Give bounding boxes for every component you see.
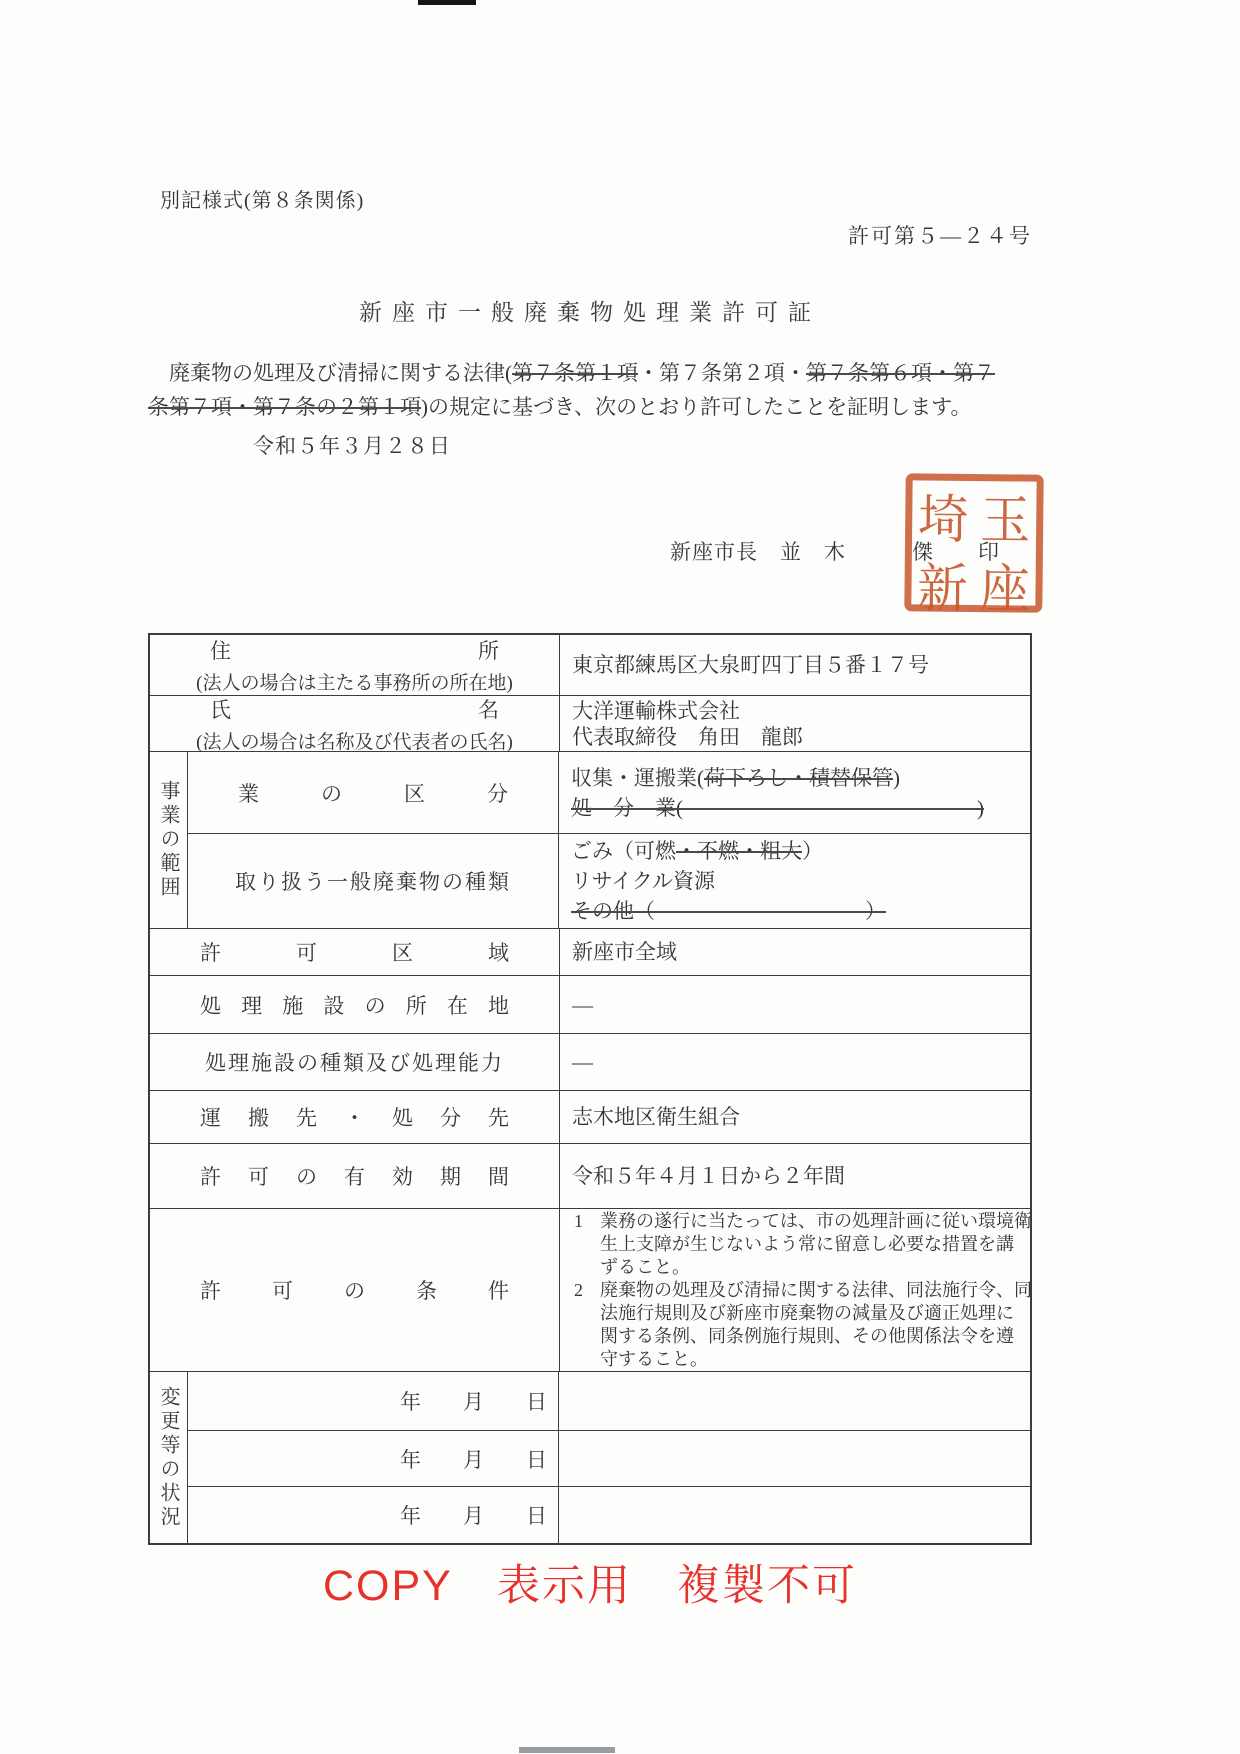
name-label-left: 氏 [210,694,231,724]
intro-paragraph: 廃棄物の処理及び清掃に関する法律(第７条第１項・第７条第２項・第７条第６項・第７… [148,356,1078,424]
address-value-cell: 東京都練馬区大泉町四丁目５番１７号 [560,635,1030,695]
change-date-label: 年 月 日 [188,1500,558,1530]
company-name: 大洋運輸株式会社 [572,698,1022,724]
seal-character: 座 [972,547,1038,624]
permit-area-value: 新座市全域 [572,937,1022,967]
facility-location-row: 処 理 施 設 の 所 在 地 ― [150,976,1030,1034]
condition-text: 業務の遂行に当たっては、市の処理計画に従い環境衛 生上支障が生じないよう常に留意… [600,1210,1030,1279]
intro-line-1: 廃棄物の処理及び清掃に関する法律(第７条第１項・第７条第２項・第７条第６項・第７ [148,356,1078,390]
facility-type-row: 処理施設の種類及び処理能力 ― [150,1034,1030,1091]
change-value-cell [559,1431,1030,1486]
change-row-3: 年 月 日 [188,1487,1030,1543]
scan-artifact-top [418,0,476,5]
condition-line: 守すること。 [600,1348,1030,1371]
permit-area-value-cell: 新座市全域 [560,929,1030,975]
seal-character: 玉 [972,478,1038,555]
destination-label: 運 搬 先 ・ 処 分 先 [150,1102,559,1132]
address-label-left: 住 [210,635,231,665]
change-date-label-cell: 年 月 日 [188,1487,559,1543]
change-date-label-cell: 年 月 日 [188,1431,559,1486]
disposal-struck-text: 処 分 業( ) [571,796,984,820]
intro-line-2: 条第７項・第７条の２第１項)の規定に基づき、次のとおり許可したことを証明します。 [148,390,1078,424]
permit-area-row: 許 可 区 域 新座市全域 [150,929,1030,976]
address-row: 住 所 (法人の場合は主たる事務所の所在地) 東京都練馬区大泉町四丁目５番１７号 [150,635,1030,696]
validity-value: 令和５年４月１日から２年間 [572,1161,1022,1191]
change-value-cell [559,1487,1030,1543]
official-seal: 埼 玉 新 座 [904,473,1043,612]
validity-row: 許 可 の 有 効 期 間 令和５年４月１日から２年間 [150,1144,1030,1209]
condition-item-1: 1 業務の遂行に当たっては、市の処理計画に従い環境衛 生上支障が生じないよう常に… [574,1210,1028,1279]
business-scope-band-label: 事業の範囲 [154,780,183,900]
conditions-row: 許 可 の 条 件 1 業務の遂行に当たっては、市の処理計画に従い環境衛 生上支… [150,1209,1030,1372]
condition-line: 業務の遂行に当たっては、市の処理計画に従い環境衛 [600,1210,1030,1233]
waste-type-other-line: その他（ ） [571,896,1022,926]
intro-segment-struck: 第７条第１項 [512,361,638,385]
permit-document-page: 別記様式(第８条関係) 許可第５―２４号 新座市一般廃棄物処理業許可証 廃棄物の… [0,0,1240,1754]
intro-segment-struck: 条第７項・第７条の２第１項 [148,395,421,419]
address-label: 住 所 [150,635,559,665]
condition-number: 2 [574,1279,600,1371]
name-sublabel: (法人の場合は名称及び代表者の氏名) [150,727,559,754]
permit-number: 許可第５―２４号 [148,220,1032,250]
condition-item-2: 2 廃棄物の処理及び清掃に関する法律、同法施行令、同 法施行規則及び新座市廃棄物… [574,1279,1028,1371]
conditions-value-cell: 1 業務の遂行に当たっては、市の処理計画に従い環境衛 生上支障が生じないよう常に… [560,1209,1030,1371]
condition-text: 廃棄物の処理及び清掃に関する法律、同法施行令、同 法施行規則及び新座市廃棄物の減… [600,1279,1030,1371]
garbage-struck-text: ・不燃・粗大 [676,839,802,863]
condition-line: 関する条例、同条例施行規則、その他関係法令を遵 [600,1325,1030,1348]
facility-location-label: 処 理 施 設 の 所 在 地 [150,990,559,1020]
change-date-label: 年 月 日 [188,1444,558,1474]
business-category-label: 業 の 区 分 [188,778,558,808]
collection-text: 収集・運搬業( [571,766,704,790]
intro-segment-struck: 第７条第６項・第７ [806,361,995,385]
collection-line: 収集・運搬業(荷下ろし・積替保管) [571,763,1022,793]
permit-area-label: 許 可 区 域 [150,937,559,967]
collection-text-close: ) [893,766,900,790]
form-note: 別記様式(第８条関係) [160,184,364,213]
scan-artifact-bottom [519,1747,615,1753]
condition-line: ずること。 [600,1256,1030,1279]
waste-types-label: 取り扱う一般廃棄物の種類 [188,866,558,896]
business-scope-rows: 業 の 区 分 収集・運搬業(荷下ろし・積替保管) 処 分 業( ) 取り扱う一… [188,752,1030,928]
seal-character: 埼 [910,477,976,554]
address-sublabel: (法人の場合は主たる事務所の所在地) [150,668,559,695]
facility-type-label: 処理施設の種類及び処理能力 [150,1047,559,1077]
intro-segment: )の規定に基づき、次のとおり許可したことを証明します。 [421,395,971,419]
issue-date: 令和５年３月２８日 [253,430,451,460]
garbage-text: ごみ（可燃 [571,839,676,863]
destination-value-cell: 志木地区衛生組合 [560,1091,1030,1143]
name-label: 氏 名 [150,694,559,724]
changes-group: 変更等の状況 年 月 日 年 月 日 [150,1372,1030,1543]
facility-type-value: ― [572,1047,1022,1077]
validity-label: 許 可 の 有 効 期 間 [150,1161,559,1191]
representative-name: 代表取締役 角田 龍郎 [572,724,1022,750]
waste-types-value-cell: ごみ（可燃・不燃・粗大） リサイクル資源 その他（ ） [559,834,1030,928]
page-title: 新座市一般廃棄物処理業許可証 [148,294,1032,327]
waste-types-label-cell: 取り扱う一般廃棄物の種類 [188,834,559,928]
conditions-label-cell: 許 可 の 条 件 [150,1209,560,1371]
facility-type-label-cell: 処理施設の種類及び処理能力 [150,1034,560,1090]
permit-table: 住 所 (法人の場合は主たる事務所の所在地) 東京都練馬区大泉町四丁目５番１７号… [148,633,1032,1545]
address-value: 東京都練馬区大泉町四丁目５番１７号 [572,650,1022,680]
garbage-text-close: ） [802,839,823,863]
change-value-cell [559,1372,1030,1430]
condition-line: 廃棄物の処理及び清掃に関する法律、同法施行令、同 [600,1279,1030,1302]
other-struck-text: その他（ ） [571,899,886,923]
name-row: 氏 名 (法人の場合は名称及び代表者の氏名) 大洋運輸株式会社 代表取締役 角田… [150,696,1030,752]
change-row-2: 年 月 日 [188,1431,1030,1487]
conditions-label: 許 可 の 条 件 [150,1275,559,1305]
change-date-label: 年 月 日 [188,1386,558,1416]
validity-value-cell: 令和５年４月１日から２年間 [560,1144,1030,1208]
changes-band-label: 変更等の状況 [154,1386,183,1530]
name-label-right: 名 [478,694,499,724]
name-label-cell: 氏 名 (法人の場合は名称及び代表者の氏名) [150,696,560,751]
facility-location-value-cell: ― [560,976,1030,1033]
business-category-row: 業 の 区 分 収集・運搬業(荷下ろし・積替保管) 処 分 業( ) [188,752,1030,834]
copy-notice: COPY 表示用 複製不可 [148,1552,1032,1613]
change-date-label-cell: 年 月 日 [188,1372,559,1430]
waste-type-recycle-line: リサイクル資源 [571,866,1022,896]
business-scope-group: 事業の範囲 業 の 区 分 収集・運搬業(荷下ろし・積替保管) 処 分 業( )… [150,752,1030,929]
collection-struck-text: 荷下ろし・積替保管 [704,766,893,790]
intro-segment: ・第７条第２項・ [638,361,806,385]
business-scope-band: 事業の範囲 [150,752,188,928]
facility-location-label-cell: 処 理 施 設 の 所 在 地 [150,976,560,1033]
changes-band: 変更等の状況 [150,1372,188,1543]
intro-segment: 廃棄物の処理及び清掃に関する法律( [148,361,512,385]
facility-location-value: ― [572,990,1022,1020]
destination-label-cell: 運 搬 先 ・ 処 分 先 [150,1091,560,1143]
waste-type-garbage-line: ごみ（可燃・不燃・粗大） [571,836,1022,866]
destination-row: 運 搬 先 ・ 処 分 先 志木地区衛生組合 [150,1091,1030,1144]
changes-rows: 年 月 日 年 月 日 年 月 日 [188,1372,1030,1543]
condition-number: 1 [574,1210,600,1279]
name-value-cell: 大洋運輸株式会社 代表取締役 角田 龍郎 [560,696,1030,751]
disposal-line: 処 分 業( ) [571,793,1022,823]
condition-line: 生上支障が生じないよう常に留意し必要な措置を講 [600,1233,1030,1256]
seal-character: 新 [910,546,976,623]
validity-label-cell: 許 可 の 有 効 期 間 [150,1144,560,1208]
business-category-value-cell: 収集・運搬業(荷下ろし・積替保管) 処 分 業( ) [559,752,1030,833]
address-label-cell: 住 所 (法人の場合は主たる事務所の所在地) [150,635,560,695]
change-row-1: 年 月 日 [188,1372,1030,1431]
permit-area-label-cell: 許 可 区 域 [150,929,560,975]
business-category-label-cell: 業 の 区 分 [188,752,559,833]
condition-line: 法施行規則及び新座市廃棄物の減量及び適正処理に [600,1302,1030,1325]
facility-type-value-cell: ― [560,1034,1030,1090]
destination-value: 志木地区衛生組合 [572,1102,1022,1132]
address-label-right: 所 [478,635,499,665]
waste-types-row: 取り扱う一般廃棄物の種類 ごみ（可燃・不燃・粗大） リサイクル資源 その他（ ） [188,834,1030,928]
